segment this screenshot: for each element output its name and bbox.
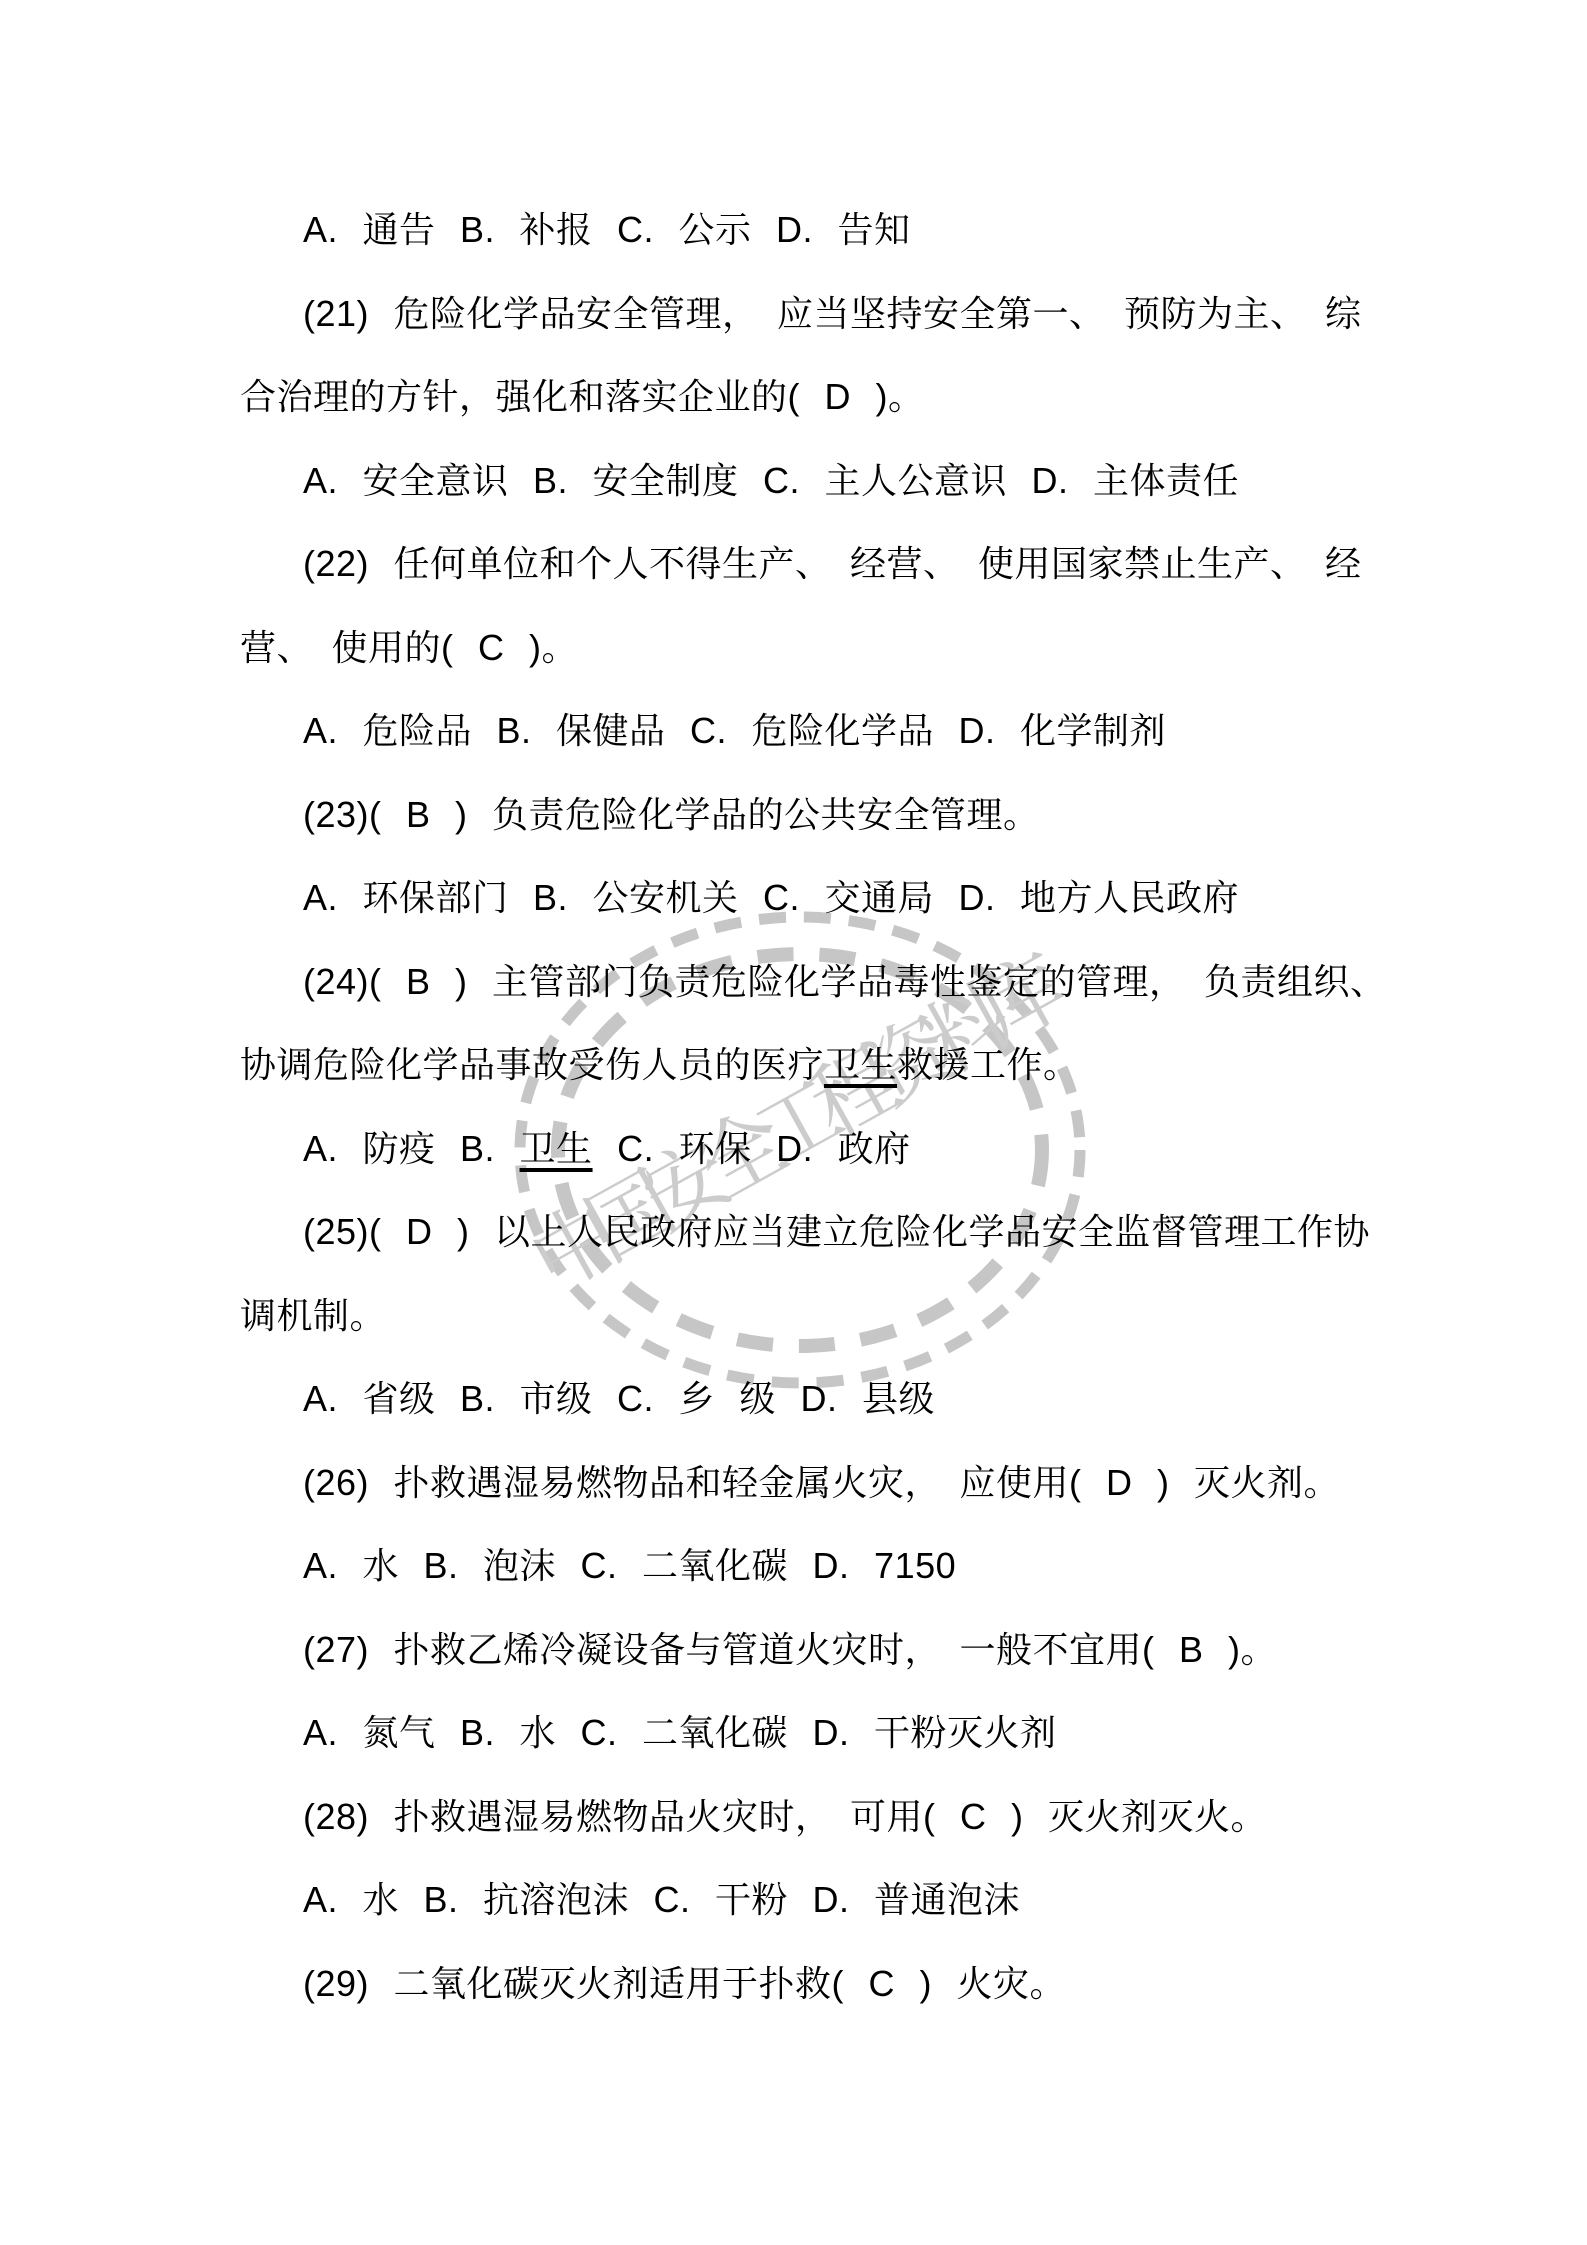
doc-line: (21) 危险化学品安全管理， 应当坚持安全第一、 预防为主、 综 [240,272,1420,356]
doc-line: A. 安全意识 B. 安全制度 C. 主人公意识 D. 主体责任 [240,439,1420,523]
text-segment: A. 危险品 B. 保健品 C. 危险化学品 D. 化学制剂 [303,710,1166,751]
text-segment: 救援工作。 [897,1044,1080,1085]
text-segment: 营、 使用的( C )。 [240,627,578,668]
doc-line: 调机制。 [240,1274,1420,1358]
doc-line: (29) 二氧化碳灭火剂适用于扑救( C ) 火灾。 [240,1942,1420,2026]
doc-line: 营、 使用的( C )。 [240,606,1420,690]
doc-line: (24)( B ) 主管部门负责危险化学品毒性鉴定的管理， 负责组织、 [240,940,1420,1024]
text-segment: A. 省级 B. 市级 C. 乡 级 D. 县级 [303,1378,935,1419]
text-segment: A. 水 B. 抗溶泡沫 C. 干粉 D. 普通泡沫 [303,1879,1020,1920]
text-segment: A. 氮气 B. 水 C. 二氧化碳 D. 干粉灭火剂 [303,1712,1057,1753]
text-segment: (22) 任何单位和个人不得生产、 经营、 使用国家禁止生产、 经 [303,543,1362,584]
doc-line: A. 危险品 B. 保健品 C. 危险化学品 D. 化学制剂 [240,689,1420,773]
text-segment: (23)( B ) 负责危险化学品的公共安全管理。 [303,794,1040,835]
doc-line: A. 环保部门 B. 公安机关 C. 交通局 D. 地方人民政府 [240,856,1420,940]
text-segment: (25)( D ) 以上人民政府应当建立危险化学品安全监督管理工作协 [303,1211,1370,1252]
doc-line: A. 氮气 B. 水 C. 二氧化碳 D. 干粉灭火剂 [240,1691,1420,1775]
text-segment: (24)( B ) 主管部门负责危险化学品毒性鉴定的管理， 负责组织、 [303,961,1387,1002]
doc-line: 协调危险化学品事故受伤人员的医疗卫生救援工作。 [240,1023,1420,1107]
text-segment: A. 水 B. 泡沫 C. 二氧化碳 D. 7150 [303,1545,956,1586]
text-segment: 协调危险化学品事故受伤人员的医疗 [240,1044,824,1085]
text-segment: (28) 扑救遇湿易燃物品火灾时， 可用( C ) 灭火剂灭火。 [303,1796,1267,1837]
doc-line: (28) 扑救遇湿易燃物品火灾时， 可用( C ) 灭火剂灭火。 [240,1775,1420,1859]
underlined-text: 卫生 [824,1044,897,1085]
doc-line: A. 通告 B. 补报 C. 公示 D. 告知 [240,188,1420,272]
text-segment: A. 环保部门 B. 公安机关 C. 交通局 D. 地方人民政府 [303,877,1239,918]
text-segment: 合治理的方针，强化和落实企业的( D )。 [240,376,924,417]
text-segment: A. 通告 B. 补报 C. 公示 D. 告知 [303,209,911,250]
text-segment: A. 安全意识 B. 安全制度 C. 主人公意识 D. 主体责任 [303,460,1239,501]
underlined-text: 卫生 [520,1128,593,1169]
doc-line: A. 水 B. 泡沫 C. 二氧化碳 D. 7150 [240,1524,1420,1608]
doc-line: (23)( B ) 负责危险化学品的公共安全管理。 [240,773,1420,857]
doc-line: (27) 扑救乙烯冷凝设备与管道火灾时， 一般不宜用( B )。 [240,1608,1420,1692]
doc-line: A. 省级 B. 市级 C. 乡 级 D. 县级 [240,1357,1420,1441]
doc-line: (22) 任何单位和个人不得生产、 经营、 使用国家禁止生产、 经 [240,522,1420,606]
text-segment: (29) 二氧化碳灭火剂适用于扑救( C ) 火灾。 [303,1963,1066,2004]
document-page: 中国安全工程资料库 A. 通告 B. 补报 C. 公示 D. 告知(21) 危险… [0,0,1587,2245]
text-segment: (26) 扑救遇湿易燃物品和轻金属火灾， 应使用( D ) 灭火剂。 [303,1462,1340,1503]
text-segment: (27) 扑救乙烯冷凝设备与管道火灾时， 一般不宜用( B )。 [303,1629,1277,1670]
text-segment: (21) 危险化学品安全管理， 应当坚持安全第一、 预防为主、 综 [303,293,1362,334]
document-content: A. 通告 B. 补报 C. 公示 D. 告知(21) 危险化学品安全管理， 应… [240,188,1420,2025]
text-segment: C. 环保 D. 政府 [593,1128,911,1169]
doc-line: (25)( D ) 以上人民政府应当建立危险化学品安全监督管理工作协 [240,1190,1420,1274]
doc-line: (26) 扑救遇湿易燃物品和轻金属火灾， 应使用( D ) 灭火剂。 [240,1441,1420,1525]
text-segment: 调机制。 [240,1295,386,1336]
doc-line: A. 防疫 B. 卫生 C. 环保 D. 政府 [240,1107,1420,1191]
text-segment: A. 防疫 B. [303,1128,520,1169]
doc-line: A. 水 B. 抗溶泡沫 C. 干粉 D. 普通泡沫 [240,1858,1420,1942]
doc-line: 合治理的方针，强化和落实企业的( D )。 [240,355,1420,439]
